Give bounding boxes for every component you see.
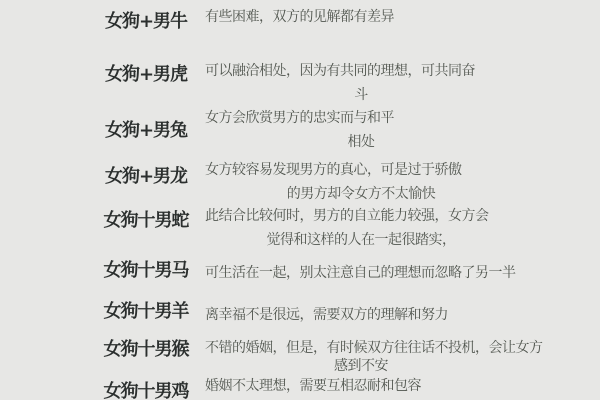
pairing-label-dog-horse: 女狗十男马 [96, 262, 196, 280]
pairing-label-dog-monkey: 女狗十男猴 [96, 341, 196, 359]
description-dog-tiger-line1: 可以融洽相处，因为有共同的理想，可共同奋 [205, 63, 517, 80]
description-dog-rabbit-line1: 女方会欣赏男方的忠实而与和平 [205, 110, 517, 127]
pairing-label-dog-goat: 女狗十男羊 [96, 303, 196, 321]
description-dog-ox: 有些困难，双方的见解都有差异 [205, 9, 517, 26]
pairing-label-dog-snake: 女狗十男蛇 [96, 212, 196, 230]
pairing-label-dog-rooster: 女狗十男鸡 [96, 383, 196, 400]
description-dog-dragon-line1: 女方较容易发现男方的真心，可是过于骄傲 [205, 162, 517, 179]
description-dog-horse: 可生活在一起，别太注意自己的理想而忽略了另一半 [205, 265, 517, 282]
description-dog-monkey-line2: 感到不安 [205, 358, 517, 375]
description-dog-monkey-line1: 不错的婚姻，但是，有时候双方往往话不投机，会让女方 [205, 340, 517, 357]
zodiac-compatibility-list: 女狗+男牛 有些困难，双方的见解都有差异 女狗+男虎 可以融洽相处，因为有共同的… [0, 0, 600, 400]
pairing-label-dog-rabbit: 女狗+男兔 [96, 122, 196, 140]
description-dog-goat: 离幸福不是很远，需要双方的理解和努力 [205, 307, 517, 324]
description-dog-snake-line2: 觉得和这样的人在一起很踏实， [205, 232, 517, 249]
description-dog-rooster: 婚姻不太理想，需要互相忍耐和包容 [205, 378, 517, 395]
description-dog-snake-line1: 此结合比较何时，男方的自立能力较强，女方会 [205, 208, 517, 225]
pairing-label-dog-dragon: 女狗+男龙 [96, 168, 196, 186]
description-dog-rabbit-line2: 相处 [205, 134, 517, 151]
description-dog-dragon-line2: 的男方却令女方不太愉快 [205, 186, 517, 203]
description-dog-tiger-line2: 斗 [205, 87, 517, 104]
pairing-label-dog-ox: 女狗+男牛 [96, 13, 196, 31]
pairing-label-dog-tiger: 女狗+男虎 [96, 66, 196, 84]
